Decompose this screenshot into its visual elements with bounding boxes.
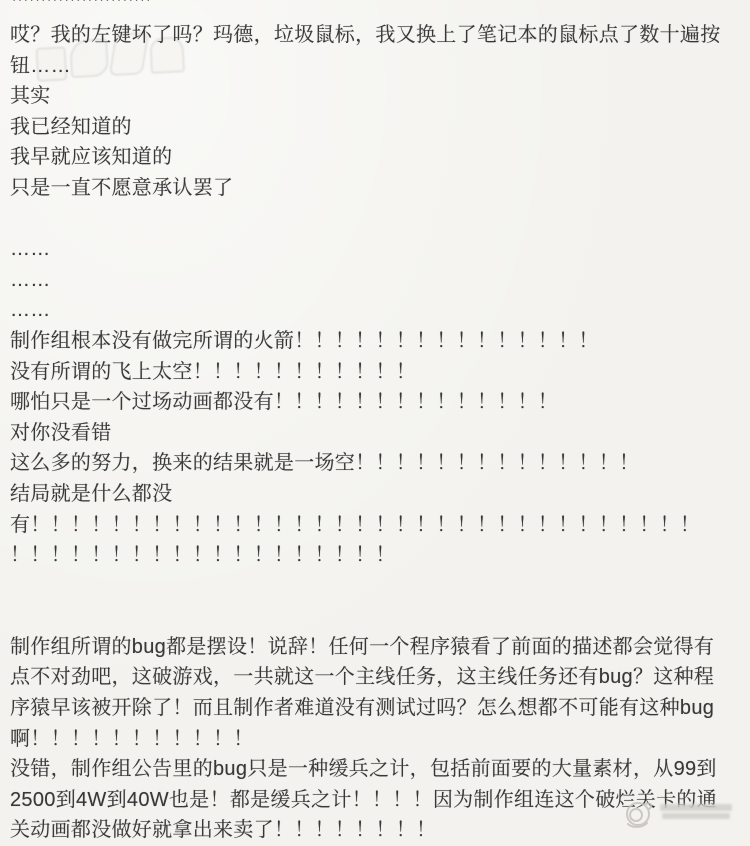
text-line: 只是一直不愿意承认罢了 xyxy=(10,173,746,204)
clipped-ellipsis-row: ························ xyxy=(12,0,152,7)
text-line: 2500到4W到40W也是！都是缓兵之计！！！！因为制作组连这个破烂关卡的通 xyxy=(10,785,746,816)
post-screenshot-page: ························ 哎？我的左键坏了吗？玛德，垃圾… xyxy=(0,0,750,846)
text-line: 没错，制作组公告里的bug只是一种缓兵之计，包括前面要的大量素材，从99到 xyxy=(10,754,746,785)
text-line: 我已经知道的 xyxy=(10,112,746,143)
text-line: 哎？我的左键坏了吗？玛德，垃圾鼠标，我又换上了笔记本的鼠标点了数十遍按 xyxy=(10,20,746,51)
text-line: 关动画都没做好就拿出来卖了！！！！！！！！ xyxy=(10,815,746,846)
text-line: ！！！！！！！！！！！！！！！！！！！ xyxy=(10,540,746,571)
text-line: …… xyxy=(10,234,746,265)
text-line: 点不对劲吧，这破游戏，一共就这一个主线任务，这主线任务还有bug？这种程 xyxy=(10,662,746,693)
text-line: …… xyxy=(10,295,746,326)
text-line xyxy=(10,204,746,235)
text-lines: 哎？我的左键坏了吗？玛德，垃圾鼠标，我又换上了笔记本的鼠标点了数十遍按钮……其实… xyxy=(10,20,746,846)
text-line: 对你没看错 xyxy=(10,418,746,449)
text-line: 钮…… xyxy=(10,51,746,82)
text-line: 我早就应该知道的 xyxy=(10,142,746,173)
text-line: …… xyxy=(10,265,746,296)
text-line: 哪怕只是一个过场动画都没有！！！！！！！！！！！！！！ xyxy=(10,387,746,418)
text-line: 制作组根本没有做完所谓的火箭！！！！！！！！！！！！！！！ xyxy=(10,326,746,357)
text-line: 啊！！！！！！！！！！！ xyxy=(10,724,746,755)
text-line: 有！！！！！！！！！！！！！！！！！！！！！！！！！！！！！！！！！ xyxy=(10,510,746,541)
text-line: 这么多的努力，换来的结果就是一场空！！！！！！！！！！！！！！ xyxy=(10,448,746,479)
text-line: 序猿早该被开除了！而且制作者难道没有测试过吗？怎么想都不可能有这种bug xyxy=(10,693,746,724)
text-line xyxy=(10,601,746,632)
text-line: 其实 xyxy=(10,81,746,112)
text-line: 结局就是什么都没 xyxy=(10,479,746,510)
text-line: 制作组所谓的bug都是摆设！说辞！任何一个程序猿看了前面的描述都会觉得有 xyxy=(10,632,746,663)
text-line xyxy=(10,571,746,602)
text-line: 没有所谓的飞上太空！！！！！！！！！！！ xyxy=(10,357,746,388)
